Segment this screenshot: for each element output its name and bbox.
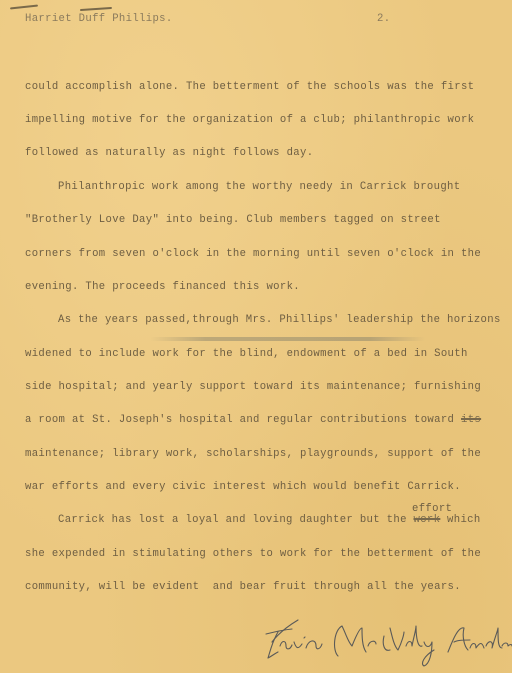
- handwritten-signature: [258, 612, 512, 668]
- paragraph-3-line-4-text: a room at St. Joseph's hospital and regu…: [25, 414, 461, 426]
- paragraph-2-line-4: evening. The proceeds financed this work…: [25, 281, 300, 293]
- paragraph-1-line-1: could accomplish alone. The betterment o…: [25, 81, 474, 93]
- paragraph-3-line-2: widened to include work for the blind, e…: [25, 348, 468, 360]
- paragraph-3-line-1: As the years passed,through Mrs. Phillip…: [58, 314, 501, 326]
- ink-smudge: [150, 337, 425, 341]
- paragraph-2-line-1: Philanthropic work among the worthy need…: [58, 181, 460, 193]
- paragraph-1-line-2: impelling motive for the organization of…: [25, 114, 474, 126]
- struck-word: its: [461, 414, 481, 426]
- paragraph-4-line-1-end: which: [440, 514, 480, 526]
- paragraph-2-line-3: corners from seven o'clock in the mornin…: [25, 248, 481, 260]
- paragraph-4-line-3: community, will be evident and bear frui…: [25, 581, 461, 593]
- struck-word: work: [414, 514, 441, 526]
- paragraph-4-line-1-text: Carrick has lost a loyal and loving daug…: [58, 514, 414, 526]
- paragraph-3-line-3: side hospital; and yearly support toward…: [25, 381, 481, 393]
- header-name: Harriet Duff Phillips.: [25, 13, 173, 25]
- paragraph-3-line-5: maintenance; library work, scholarships,…: [25, 448, 481, 460]
- pen-mark: [80, 7, 112, 11]
- pen-mark: [10, 5, 38, 10]
- paragraph-3-line-6: war efforts and every civic interest whi…: [25, 481, 461, 493]
- paragraph-4-line-1: Carrick has lost a loyal and loving daug…: [58, 514, 481, 526]
- typed-letter-page: Harriet Duff Phillips. 2. could accompli…: [0, 0, 512, 673]
- paragraph-3-line-4: a room at St. Joseph's hospital and regu…: [25, 414, 481, 426]
- paragraph-4-line-2: she expended in stimulating others to wo…: [25, 548, 481, 560]
- page-number: 2.: [377, 13, 390, 25]
- paragraph-1-line-3: followed as naturally as night follows d…: [25, 147, 313, 159]
- paragraph-2-line-2: "Brotherly Love Day" into being. Club me…: [25, 214, 441, 226]
